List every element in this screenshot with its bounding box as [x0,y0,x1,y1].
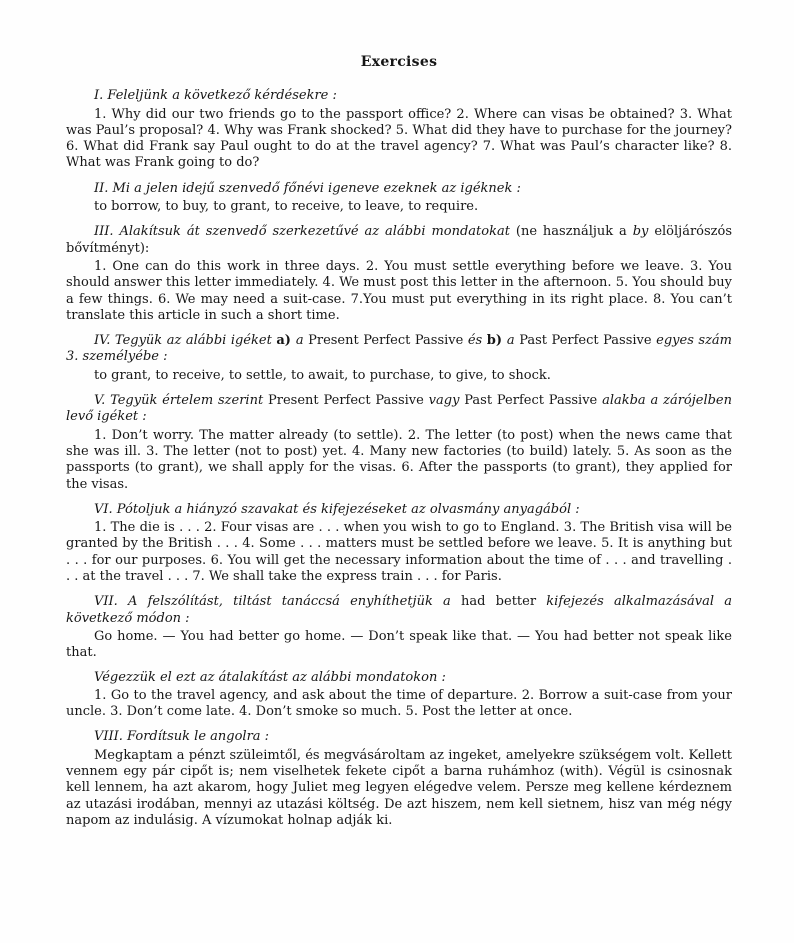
section-vi-heading: VI. Pótoljuk a hiányzó szavakat és kifej… [66,502,732,518]
section-vii: VII. A felszólítást, tiltást tanáccsá en… [66,594,732,720]
heading-run: Past Perfect Passive [519,333,656,348]
heading-run: a) [276,333,296,348]
section-ii-paragraph: to borrow, to buy, to grant, to receive,… [66,199,732,215]
section-v-heading: V. Tegyük értelem szerint Present Perfec… [66,393,732,426]
section-i-paragraph: 1. Why did our two friends go to the pas… [66,107,732,172]
heading-run: V. Tegyük értelem szerint [94,393,268,408]
scanned-book-page: Exercises I. Feleljünk a következő kérdé… [0,0,794,943]
heading-run: IV. Tegyük az alábbi igéket [94,333,276,348]
heading-run: by [633,224,649,239]
section-vii-paragraph: 1. Go to the travel agency, and ask abou… [66,688,732,721]
heading-run: a [507,333,519,348]
section-iv-heading: IV. Tegyük az alábbi igéket a) a Present… [66,333,732,366]
heading-run: a [296,333,308,348]
section-viii: VIII. Fordítsuk le angolra : Megkaptam a… [66,729,732,829]
heading-run: had better [461,594,546,609]
heading-run: Present Perfect Passive [308,333,468,348]
section-i: I. Feleljünk a következő kérdésekre : 1.… [66,88,732,171]
heading-run: vagy [429,393,465,408]
section-viii-paragraph: Megkaptam a pénzt szüleimtől, és megvásá… [66,748,732,829]
heading-run: II. Mi a jelen idejű szenvedő főnévi ige… [94,181,521,196]
section-ii: II. Mi a jelen idejű szenvedő főnévi ige… [66,181,732,216]
heading-run: Past Perfect Passive [464,393,602,408]
section-v: V. Tegyük értelem szerint Present Perfec… [66,393,732,493]
heading-run: és [468,333,487,348]
section-iv-paragraph: to grant, to receive, to settle, to awai… [66,368,732,384]
page-title: Exercises [66,54,732,70]
section-vi: VI. Pótoljuk a hiányzó szavakat és kifej… [66,502,732,585]
heading-run: III. Alakítsuk át szenvedő szerkezetűvé … [94,224,516,239]
heading-run: Végezzük el ezt az átalakítást az alábbi… [94,670,446,685]
section-vii-subheading: Végezzük el ezt az átalakítást az alábbi… [66,670,732,686]
section-vi-paragraph: 1. The die is . . . 2. Four visas are . … [66,520,732,585]
section-v-paragraph: 1. Don’t worry. The matter already (to s… [66,428,732,493]
section-iii: III. Alakítsuk át szenvedő szerkezetűvé … [66,224,732,324]
section-i-heading: I. Feleljünk a következő kérdésekre : [66,88,732,104]
section-iii-paragraph: 1. One can do this work in three days. 2… [66,259,732,324]
heading-run: VI. Pótoljuk a hiányzó szavakat és kifej… [94,502,580,517]
section-vii-example-paragraph: Go home. — You had better go home. — Don… [66,629,732,662]
section-ii-heading: II. Mi a jelen idejű szenvedő főnévi ige… [66,181,732,197]
section-iv: IV. Tegyük az alábbi igéket a) a Present… [66,333,732,384]
heading-run: b) [487,333,507,348]
section-viii-heading: VIII. Fordítsuk le angolra : [66,729,732,745]
heading-run: VIII. Fordítsuk le angolra : [94,729,269,744]
heading-run: Present Perfect Passive [268,393,429,408]
section-iii-heading: III. Alakítsuk át szenvedő szerkezetűvé … [66,224,732,257]
section-vii-heading: VII. A felszólítást, tiltást tanáccsá en… [66,594,732,627]
heading-run: VII. A felszólítást, tiltást tanáccsá en… [94,594,461,609]
heading-run: (ne használjuk a [516,224,633,239]
heading-run: I. Feleljünk a következő kérdésekre : [94,88,337,103]
